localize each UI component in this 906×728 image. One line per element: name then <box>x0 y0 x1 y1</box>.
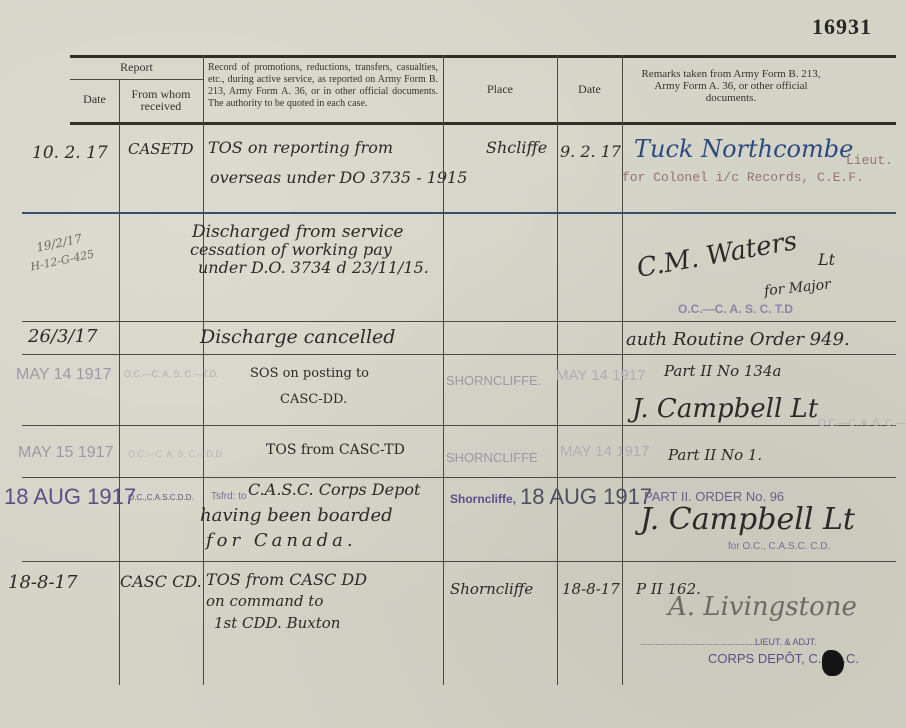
col-divider-date <box>119 79 120 122</box>
row5-record: TOS from CASC-TD <box>266 442 405 458</box>
row7-lieut-stamp: ........................................… <box>640 637 817 647</box>
row4-signature: J. Campbell Lt <box>632 394 818 424</box>
row1-record-line1: TOS on reporting from <box>208 138 393 157</box>
header-remarks: Remarks taken from Army Form B. 213, Arm… <box>636 68 826 104</box>
row2-record-line3: under D.O. 3734 d 23/11/15. <box>198 258 429 277</box>
header-bottom-rule <box>70 122 896 125</box>
row4-record-line2: CASC-DD. <box>280 392 347 407</box>
row4-record-line1: SOS on posting to <box>250 366 369 381</box>
row2-oc-stamp: O.C.—C. A. S. C. T.D <box>678 302 793 316</box>
row5-date2-stamp: MAY 14 1917 <box>560 443 650 460</box>
row6-date2-stamp: 18 AUG 1917 <box>520 484 652 510</box>
row2-for-major: for Major <box>763 277 831 300</box>
header-date2: Date <box>557 83 622 95</box>
row1-place: Shcliffe <box>486 138 547 157</box>
row7-signature: A. Livingstone <box>668 592 857 622</box>
row-divider-1 <box>22 212 896 214</box>
row1-rank-stamp: Lieut. <box>846 153 893 168</box>
row7-date: 18-8-17 <box>8 572 77 593</box>
header-from-whom: From whom received <box>122 88 200 112</box>
col-divider-record <box>443 55 444 685</box>
row5-from-stamp: O.C.—C. A. S. C.—D.D <box>128 449 222 459</box>
row7-record-line3: 1st CDD. Buxton <box>214 614 340 632</box>
ink-blot <box>822 650 844 676</box>
row6-from-stamp: O.C.,C.A.S.C.D.D. <box>128 493 194 502</box>
row6-record-line3: for Canada. <box>206 530 357 551</box>
row1-date: 10. 2. 17 <box>32 143 108 163</box>
row-divider-5 <box>22 477 896 478</box>
row5-place-stamp: SHORNCLIFFE <box>446 450 538 465</box>
row3-record: Discharge cancelled <box>200 326 395 348</box>
row1-records-stamp: for Colonel i/c Records, C.E.F. <box>622 170 864 185</box>
row6-signature: J. Campbell Lt <box>640 502 855 537</box>
row-divider-2 <box>22 321 896 322</box>
row6-place-stamp: Shorncliffe, <box>450 492 516 506</box>
row4-from-stamp: O.C.—C. A. S. C.—T.D. <box>124 369 219 379</box>
row2-record-line2: cessation of working pay <box>190 240 392 259</box>
header-record: Record of promotions, reductions, transf… <box>208 62 438 110</box>
row-divider-6 <box>22 561 896 562</box>
row4-place-stamp: SHORNCLIFFE. <box>446 373 541 388</box>
row7-from-whom: CASC CD. <box>120 572 202 591</box>
row7-record-line1: TOS from CASC DD <box>206 570 367 589</box>
row1-signature: Tuck Northcombe <box>634 135 853 163</box>
header-date: Date <box>70 93 119 105</box>
table-top-rule <box>70 55 896 58</box>
row7-place: Shorncliffe <box>450 580 533 598</box>
row6-record-line2: having been boarded <box>200 505 393 526</box>
row-divider-3 <box>22 354 896 355</box>
row2-record-line1: Discharged from service <box>192 222 403 242</box>
report-subheader-rule <box>70 79 203 80</box>
row1-from-whom: CASETD <box>128 140 194 158</box>
row2-rank: Lt <box>818 250 835 269</box>
col-divider-date-body <box>119 124 120 685</box>
row4-date-stamp: MAY 14 1917 <box>16 366 111 384</box>
row1-record-line2: overseas under DO 3735 - 1915 <box>210 168 467 187</box>
header-place: Place <box>443 83 557 95</box>
row2-signature: C.M. Waters <box>635 226 800 284</box>
row4-oc-stamp: O.C.—C. A. S. C.—T.D <box>818 418 906 429</box>
row4-date2-stamp: MAY 14 1917 <box>556 367 646 384</box>
row6-transfer-prefix: Tsfrd: to <box>211 491 247 502</box>
serial-number: 16931 <box>812 14 872 40</box>
row6-date-stamp: 18 AUG 1917 <box>4 484 136 510</box>
row5-date-stamp: MAY 15 1917 <box>18 444 113 462</box>
row4-remarks: Part II No 134a <box>664 362 781 380</box>
header-report: Report <box>70 61 203 73</box>
row3-date: 26/3/17 <box>28 326 97 347</box>
row-divider-4 <box>22 425 896 426</box>
row5-remarks: Part II No 1. <box>668 446 762 464</box>
row3-remarks: auth Routine Order 949. <box>626 329 850 350</box>
row6-record-line1: C.A.S.C. Corps Depot <box>248 480 420 499</box>
row6-for-oc-stamp: for O.C., C.A.S.C. C.D. <box>728 541 830 552</box>
row7-date2: 18-8-17 <box>562 580 620 598</box>
row7-record-line2: on command to <box>206 592 323 610</box>
row1-date2: 9. 2. 17 <box>560 142 621 161</box>
